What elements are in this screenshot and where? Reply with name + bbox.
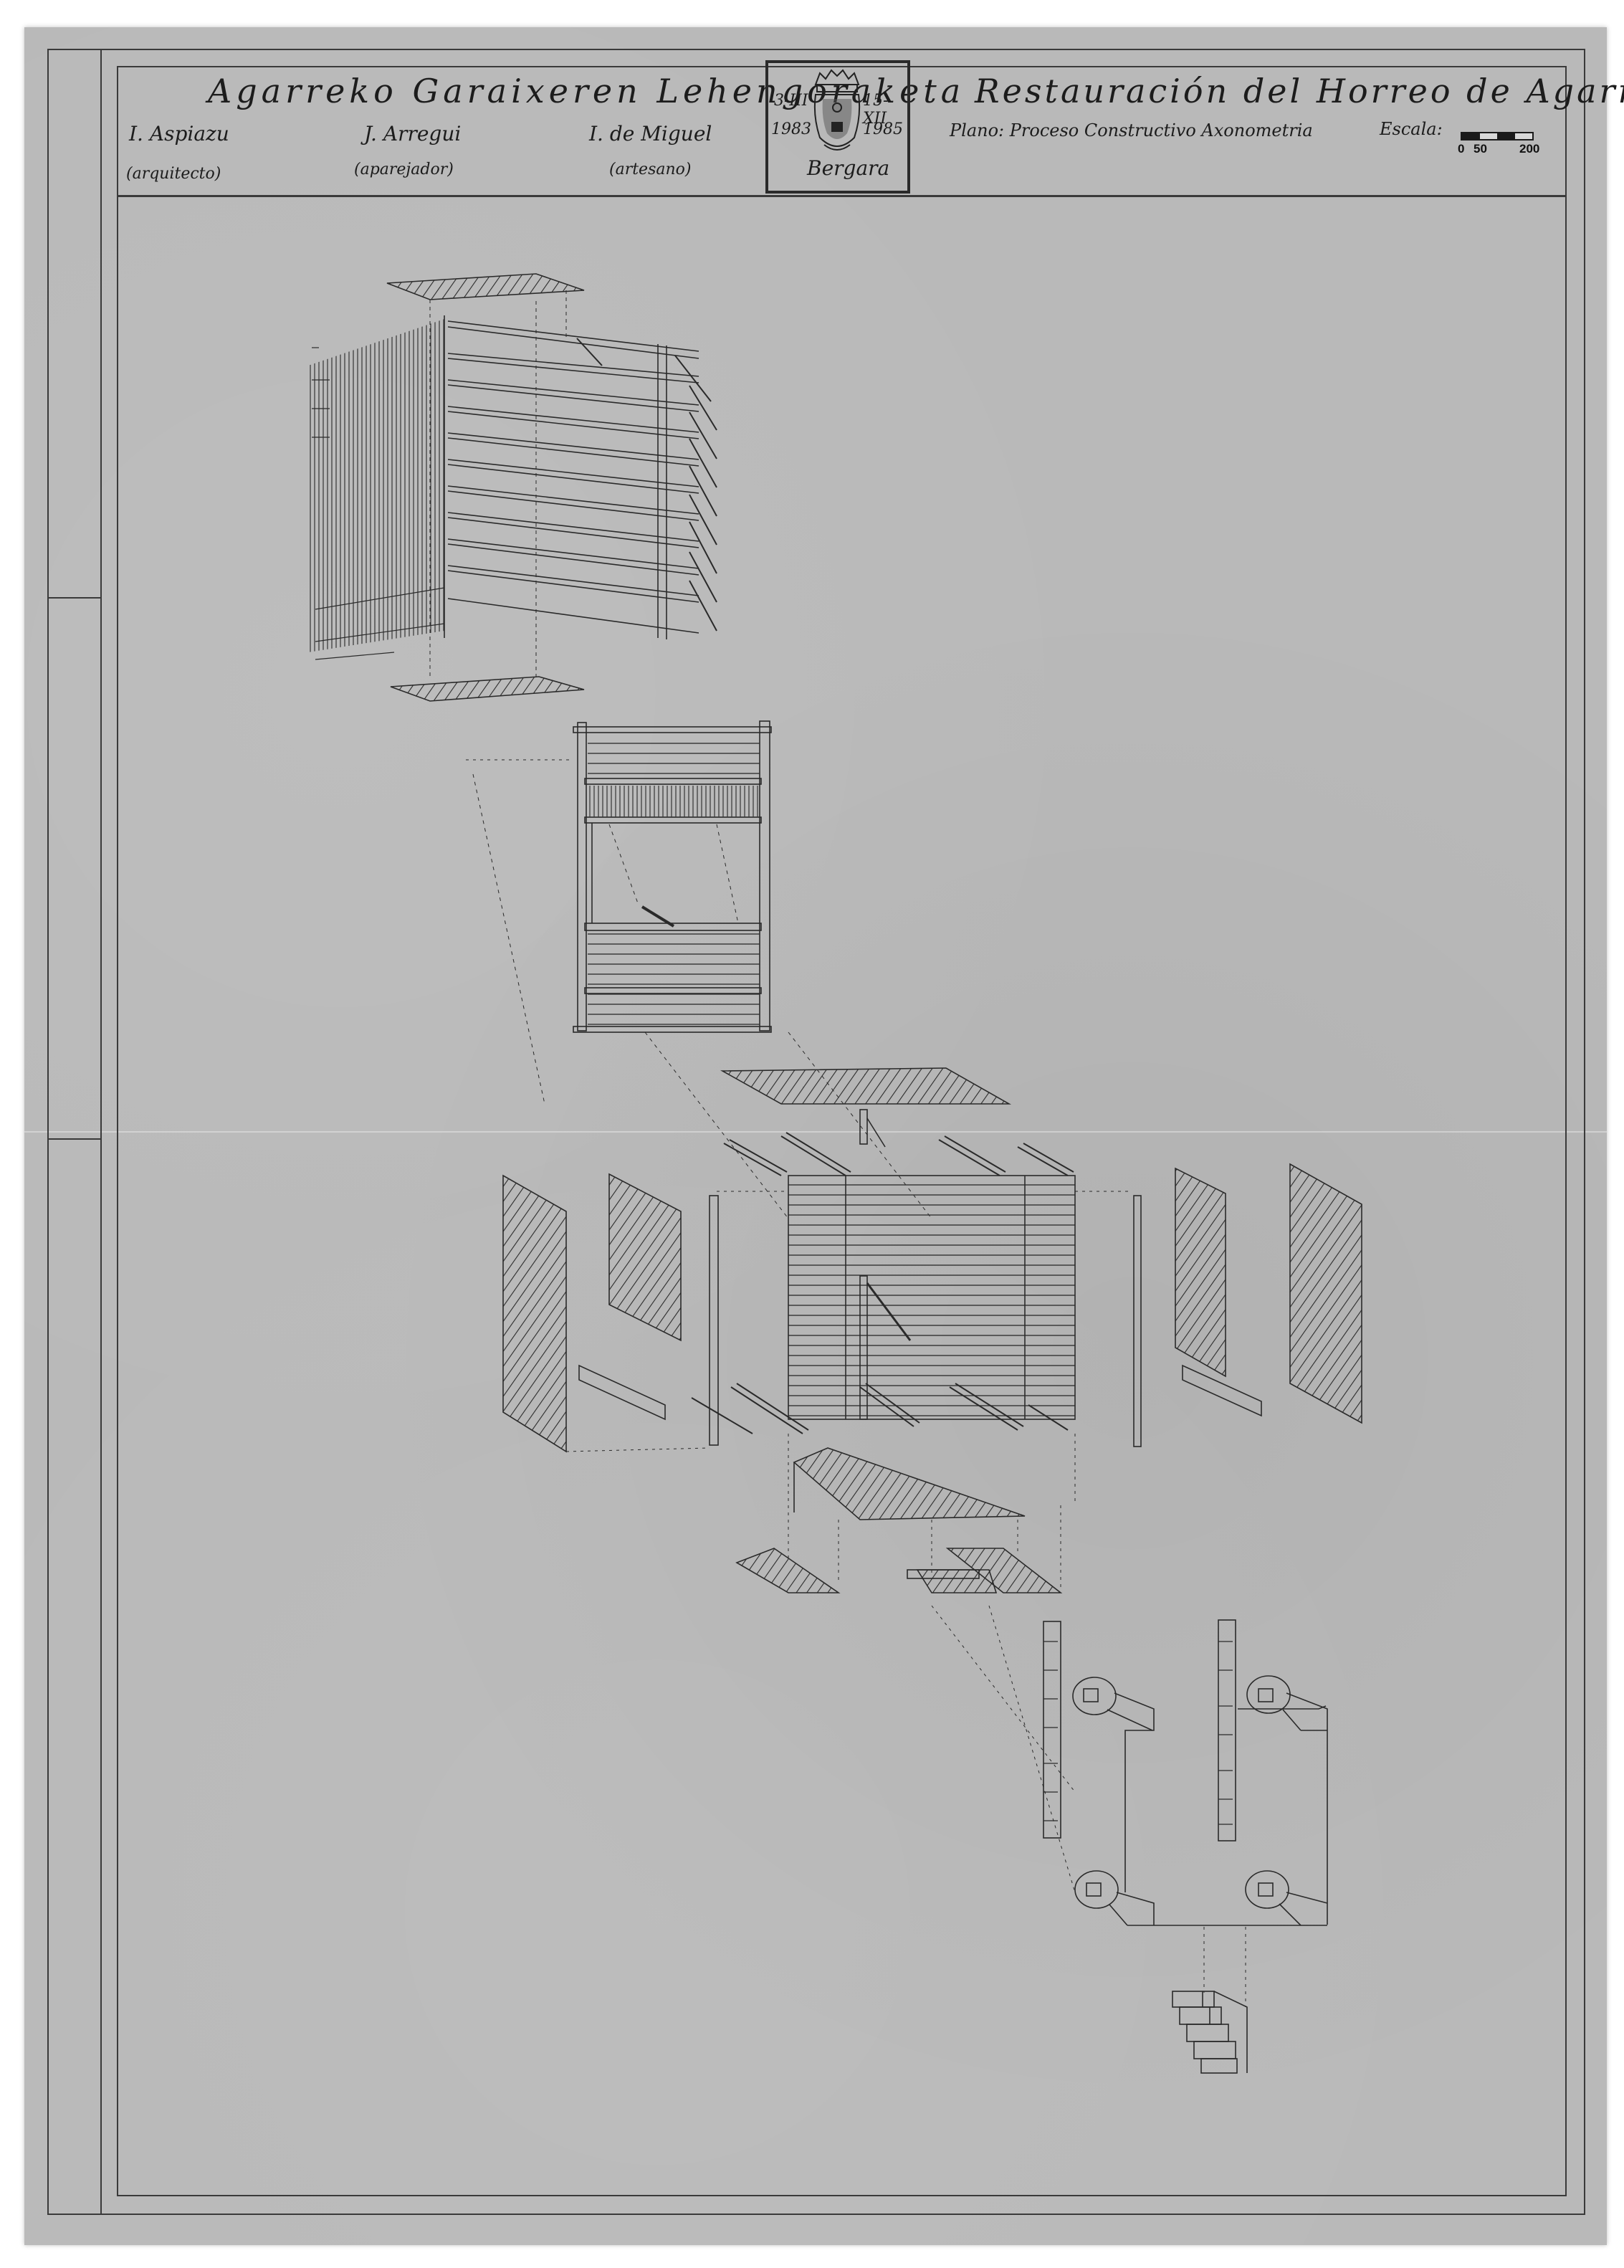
stair-block (1172, 1991, 1247, 2073)
upper-wall-assembly (308, 274, 717, 701)
central-chamber-exploded (692, 1068, 1132, 1434)
foundation-plan-with-pillars (989, 1606, 1327, 2007)
axonometric-drawing (0, 0, 1624, 2268)
floor-slat-groups (737, 1434, 1075, 1792)
